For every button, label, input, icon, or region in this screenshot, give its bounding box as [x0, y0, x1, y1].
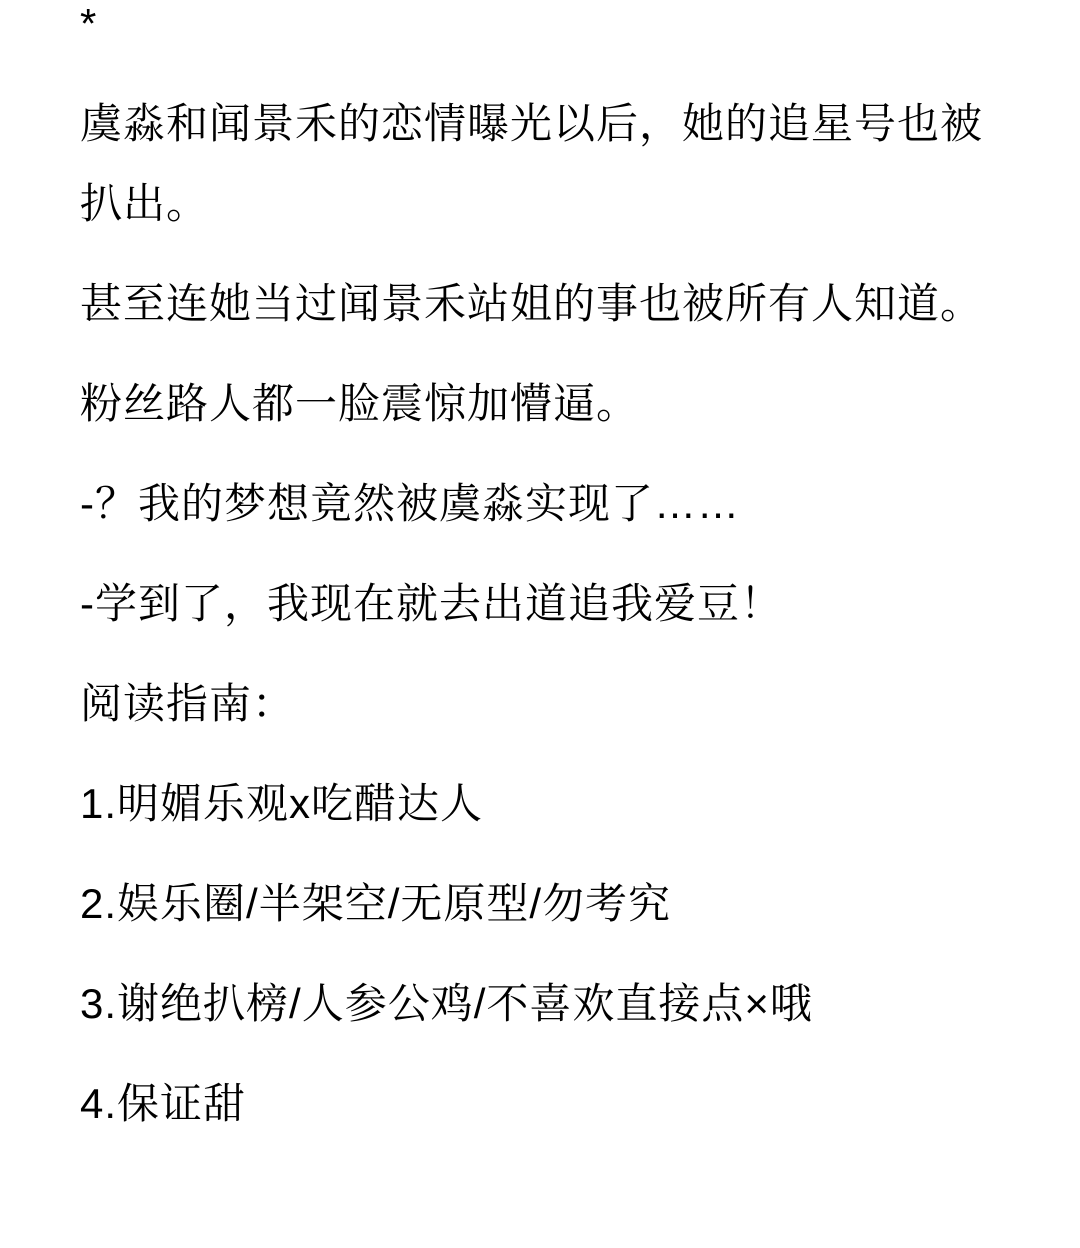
- reading-guide-item: 2.娱乐圈/半架空/无原型/勿考究: [80, 864, 990, 944]
- reading-guide-heading: 阅读指南：: [80, 664, 990, 744]
- reading-guide-item: 3.谢绝扒榜/人参公鸡/不喜欢直接点×哦: [80, 964, 990, 1044]
- paragraph: 粉丝路人都一脸震惊加懵逼。: [80, 364, 990, 444]
- section-marker: *: [80, 0, 990, 64]
- reading-guide-item: 4.保证甜: [80, 1064, 990, 1144]
- novel-text-page: * 虞淼和闻景禾的恋情曝光以后，她的追星号也被扒出。 甚至连她当过闻景禾站姐的事…: [0, 0, 1080, 1248]
- paragraph: 甚至连她当过闻景禾站姐的事也被所有人知道。: [80, 264, 990, 344]
- paragraph: -学到了，我现在就去出道追我爱豆！: [80, 564, 990, 644]
- paragraph: 虞淼和闻景禾的恋情曝光以后，她的追星号也被扒出。: [80, 84, 990, 244]
- reading-guide-item: 1.明媚乐观x吃醋达人: [80, 764, 990, 844]
- paragraph: -？我的梦想竟然被虞淼实现了……: [80, 464, 990, 544]
